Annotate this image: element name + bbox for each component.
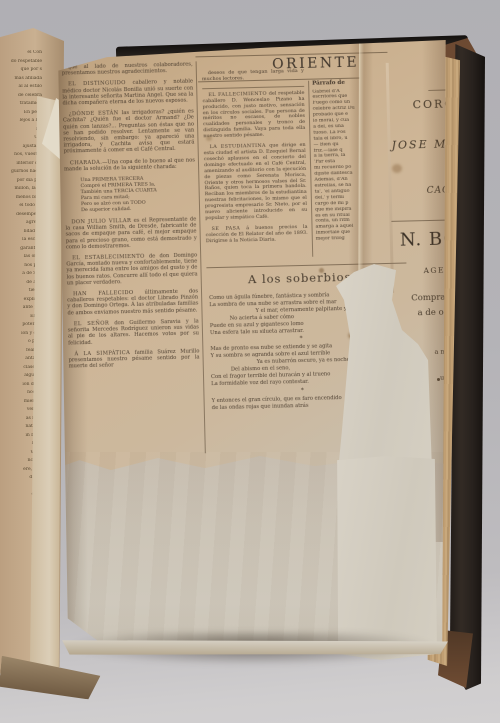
foxing-stain — [319, 268, 324, 273]
column-3-title: Párrafo de — [312, 80, 354, 87]
verse-line: De superior calidad. — [81, 204, 196, 213]
left-page-text-fragment: más afiliada — [2, 76, 42, 82]
left-page-text-fragment: de celebrá — [2, 93, 42, 99]
news-paragraph: EL FALLECIMIENTO del respetable caballer… — [202, 91, 305, 141]
left-page-text-fragment: que por s — [2, 67, 42, 73]
left-page-text-fragment: Da — [2, 127, 42, 133]
left-page-text-fragment: do respetable — [2, 59, 42, 65]
news-paragraph: deseos de que tengan larga vida y muchos… — [202, 69, 304, 83]
foxing-stain — [392, 164, 402, 173]
left-page-text-fragment: al al estilo — [2, 84, 42, 90]
tissue-overlay-strip — [334, 456, 438, 660]
left-page-text-fragment: el Cón — [2, 50, 42, 56]
ink-speck — [437, 378, 440, 381]
news-paragraph-group: EL FALLECIMIENTO del respetable caballer… — [202, 91, 308, 245]
news-paragraph: LA ESTUDIANTINA que dirige en esta ciuda… — [204, 143, 308, 222]
news-paragraph: SE PASA á buenos precios la colección de… — [205, 225, 307, 245]
charada-verse: Una PRIMERA TERCERACompré el PRIMERA TRE… — [80, 174, 196, 213]
news-paragraph: Á LA SIMPÁTICA familia Suárez Murillo pr… — [68, 348, 199, 370]
left-page-text-fragment: En peso — [2, 110, 42, 116]
left-page-text-fragment: ajustada — [2, 144, 42, 150]
left-page-text-fragment: nos, vuestra — [2, 152, 42, 158]
left-page-text-fragment: Ula — [2, 135, 42, 141]
news-column-2: deseos de que tengan larga vida y muchos… — [202, 69, 308, 250]
page-crease — [386, 63, 394, 293]
left-page-text-fragment: tratamien — [2, 101, 42, 107]
photo-scene: el Cóndo respetableque por smás afiliada… — [0, 0, 500, 723]
section-rule — [202, 86, 304, 89]
foxing-stain — [206, 136, 212, 141]
left-page-text-fragment: guirnos hacia — [2, 169, 42, 175]
left-page-text-fragment: interior del — [2, 161, 42, 167]
left-page-text-fragment: lejos á las — [2, 118, 42, 124]
